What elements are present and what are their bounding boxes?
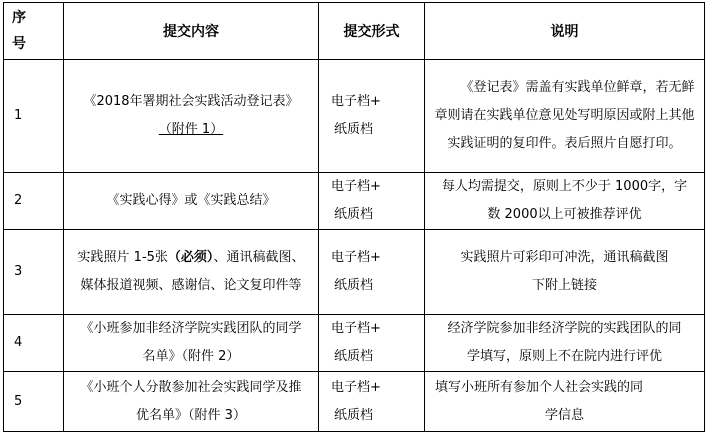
note-line: 下附上链接 <box>433 272 696 300</box>
row-content: 《小班参加非经济学院实践团队的同学 名单》（附件 2） <box>64 315 319 372</box>
form-line: 电子档+ <box>331 88 424 116</box>
form-line: 纸质档 <box>331 272 424 300</box>
header-row: 序 号 提交内容 提交形式 说明 <box>4 3 705 60</box>
attachment-link[interactable]: （附件 1） <box>70 116 312 144</box>
row-seq: 4 <box>4 315 64 372</box>
row-seq: 3 <box>4 230 64 315</box>
table-row: 2 《实践心得》或《实践总结》 电子档+ 纸质档 每人均需提交，原则上不少于 1… <box>4 173 705 230</box>
header-seq-line1: 序 <box>12 5 63 31</box>
form-line: 电子档+ <box>331 244 424 272</box>
form-line: 纸质档 <box>331 116 424 144</box>
form-line: 电子档+ <box>331 374 424 402</box>
table-row: 5 《小班个人分散参加社会实践同学及推 优名单》（附件 3） 电子档+ 纸质档 … <box>4 372 705 432</box>
content-line: 《小班参加非经济学院实践团队的同学 <box>70 315 312 343</box>
content-line: 《实践心得》或《实践总结》 <box>70 187 312 215</box>
form-line: 电子档+ <box>331 173 424 201</box>
content-line: 《2018年署期社会实践活动登记表》 <box>70 88 312 116</box>
row-form: 电子档+ 纸质档 <box>319 173 425 230</box>
content-text: 实践照片 1-5张 <box>78 250 168 265</box>
note-text: 《登记表》需盖有实践单位鲜章，若无鲜章则请在实践单位意见处写明原因或附上其他实践… <box>433 74 696 158</box>
table-row: 4 《小班参加非经济学院实践团队的同学 名单》（附件 2） 电子档+ 纸质档 经… <box>4 315 705 372</box>
note-line: 经济学院参加非经济学院的实践团队的同 <box>433 315 696 343</box>
header-form: 提交形式 <box>319 3 425 60</box>
row-note: 实践照片可彩印可冲洗，通讯稿截图 下附上链接 <box>425 230 705 315</box>
table-row: 1 《2018年署期社会实践活动登记表》 （附件 1） 电子档+ 纸质档 《登记… <box>4 60 705 173</box>
header-note: 说明 <box>425 3 705 60</box>
required-label: （必须） <box>168 250 214 265</box>
form-line: 纸质档 <box>331 402 424 430</box>
header-seq: 序 号 <box>4 3 64 60</box>
table-row: 3 实践照片 1-5张（必须）、通讯稿截图、媒体报道视频、感谢信、论文复印件等 … <box>4 230 705 315</box>
note-line: 学信息 <box>433 402 696 430</box>
submission-table: 序 号 提交内容 提交形式 说明 1 《2018年署期社会实践活动登记表》 （附… <box>3 2 705 432</box>
row-seq: 1 <box>4 60 64 173</box>
note-line: 每人均需提交，原则上不少于 1000字，字 <box>433 173 696 201</box>
row-seq: 5 <box>4 372 64 432</box>
note-line: 填写小班所有参加个人社会实践的同 <box>433 374 696 402</box>
row-form: 电子档+ 纸质档 <box>319 315 425 372</box>
row-note: 《登记表》需盖有实践单位鲜章，若无鲜章则请在实践单位意见处写明原因或附上其他实践… <box>425 60 705 173</box>
row-form: 电子档+ 纸质档 <box>319 60 425 173</box>
note-line: 实践照片可彩印可冲洗，通讯稿截图 <box>433 244 696 272</box>
row-seq: 2 <box>4 173 64 230</box>
row-content: 《2018年署期社会实践活动登记表》 （附件 1） <box>64 60 319 173</box>
content-line: 《小班个人分散参加社会实践同学及推 <box>70 374 312 402</box>
row-content: 《小班个人分散参加社会实践同学及推 优名单》（附件 3） <box>64 372 319 432</box>
content-line: 优名单》（附件 3） <box>70 402 312 430</box>
row-form: 电子档+ 纸质档 <box>319 372 425 432</box>
form-line: 纸质档 <box>331 201 424 229</box>
note-line: 学填写，原则上不在院内进行评优 <box>433 343 696 371</box>
row-content: 《实践心得》或《实践总结》 <box>64 173 319 230</box>
content-line: 名单》（附件 2） <box>70 343 312 371</box>
row-note: 经济学院参加非经济学院的实践团队的同 学填写，原则上不在院内进行评优 <box>425 315 705 372</box>
row-content: 实践照片 1-5张（必须）、通讯稿截图、媒体报道视频、感谢信、论文复印件等 <box>64 230 319 315</box>
row-note: 每人均需提交，原则上不少于 1000字，字 数 2000以上可被推荐评优 <box>425 173 705 230</box>
form-line: 纸质档 <box>331 343 424 371</box>
row-form: 电子档+ 纸质档 <box>319 230 425 315</box>
row-note: 填写小班所有参加个人社会实践的同 学信息 <box>425 372 705 432</box>
note-line: 数 2000以上可被推荐评优 <box>433 201 696 229</box>
header-seq-line2: 号 <box>12 31 63 57</box>
form-line: 电子档+ <box>331 315 424 343</box>
header-content: 提交内容 <box>64 3 319 60</box>
